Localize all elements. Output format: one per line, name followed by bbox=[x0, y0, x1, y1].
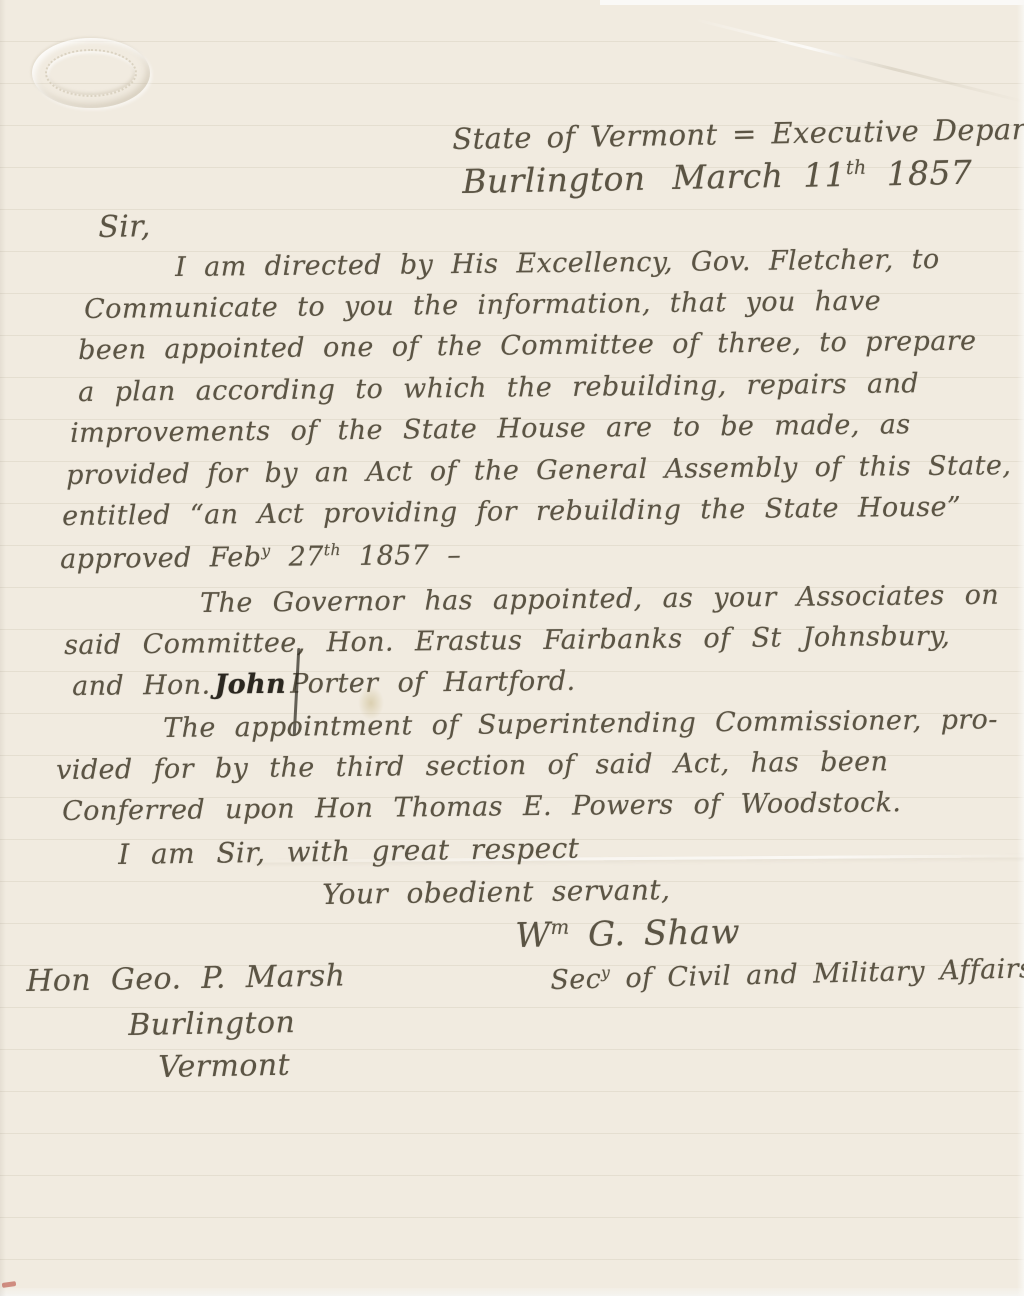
paragraph3-line3: Conferred upon Hon Thomas E. Powers of W… bbox=[62, 787, 901, 827]
recipient-name: Hon Geo. P. Marsh bbox=[26, 958, 346, 999]
signature-title: Secy of Civil and Military Affairs bbox=[550, 952, 1024, 996]
embossed-seal bbox=[32, 38, 150, 108]
closing-line1: I am Sir, with great respect bbox=[118, 832, 580, 871]
title-sup: y bbox=[601, 963, 611, 982]
day-ordinal: th bbox=[324, 540, 341, 559]
date-year: 1857 bbox=[866, 153, 972, 194]
paragraph2-line3: and Hon.JohnPorter of Hartford. bbox=[72, 666, 576, 702]
paragraph1-line2: Communicate to you the information, that… bbox=[84, 286, 881, 325]
paragraph1-line6: provided for by an Act of the General As… bbox=[66, 450, 1011, 491]
overwritten-name: John bbox=[210, 669, 290, 701]
scan-edge-bottom bbox=[0, 1288, 1024, 1296]
signature-sup: m bbox=[550, 916, 569, 939]
embossed-seal-ring bbox=[45, 49, 137, 97]
approved-year: 1857 – bbox=[341, 540, 462, 572]
paragraph1-line5: improvements of the State House are to b… bbox=[70, 409, 911, 449]
date-ordinal: th bbox=[846, 156, 867, 179]
scan-edge-left bbox=[0, 0, 6, 1296]
paragraph2-line2: said Committee, Hon. Erastus Fairbanks o… bbox=[64, 621, 950, 661]
letterhead-line: State of Vermont = Executive Department bbox=[452, 110, 1024, 156]
title-abbrev: Sec bbox=[550, 964, 602, 996]
scan-edge-right bbox=[1017, 0, 1024, 1296]
paragraph1-line8: approved Feby 27th 1857 – bbox=[60, 539, 461, 575]
paragraph3-line2: vided for by the third section of said A… bbox=[56, 746, 889, 786]
feb-sup: y bbox=[261, 541, 270, 560]
signature-rest: G. Shaw bbox=[569, 912, 740, 955]
recipient-state: Vermont bbox=[158, 1048, 290, 1085]
date-day: March 11 bbox=[672, 155, 846, 197]
letterhead-date: March 11th 1857 bbox=[672, 153, 973, 197]
signature: Wm G. Shaw bbox=[515, 912, 740, 956]
red-mark bbox=[2, 1281, 17, 1288]
closing-line2: Your obedient servant, bbox=[322, 873, 670, 911]
paragraph2-line1: The Governor has appointed, as your Asso… bbox=[200, 580, 999, 619]
signature-initial: W bbox=[515, 915, 551, 956]
paragraph1-line7: entitled “an Act providing for rebuildin… bbox=[62, 492, 961, 532]
paragraph1-line4: a plan according to which the rebuilding… bbox=[78, 368, 919, 408]
letterhead-place: Burlington bbox=[462, 159, 646, 201]
line3-prefix: and Hon. bbox=[72, 670, 211, 702]
paper-crease-top-right bbox=[694, 18, 1024, 103]
paragraph1-line3: been appointed one of the Committee of t… bbox=[78, 326, 977, 366]
salutation: Sir, bbox=[98, 209, 151, 245]
paragraph1-line1: I am directed by His Excellency, Gov. Fl… bbox=[175, 244, 940, 283]
paragraph3-line1: The appointment of Superintending Commis… bbox=[163, 704, 998, 744]
scan-edge-top bbox=[600, 0, 1024, 5]
title-rest: of Civil and Military Affairs bbox=[610, 953, 1024, 994]
line3-suffix: Porter of Hartford. bbox=[290, 666, 576, 700]
approved-day: 27 bbox=[270, 541, 323, 573]
letter-page: State of Vermont = Executive Department … bbox=[0, 0, 1024, 1296]
recipient-city: Burlington bbox=[128, 1005, 295, 1043]
approved-text: approved Feb bbox=[60, 542, 262, 575]
